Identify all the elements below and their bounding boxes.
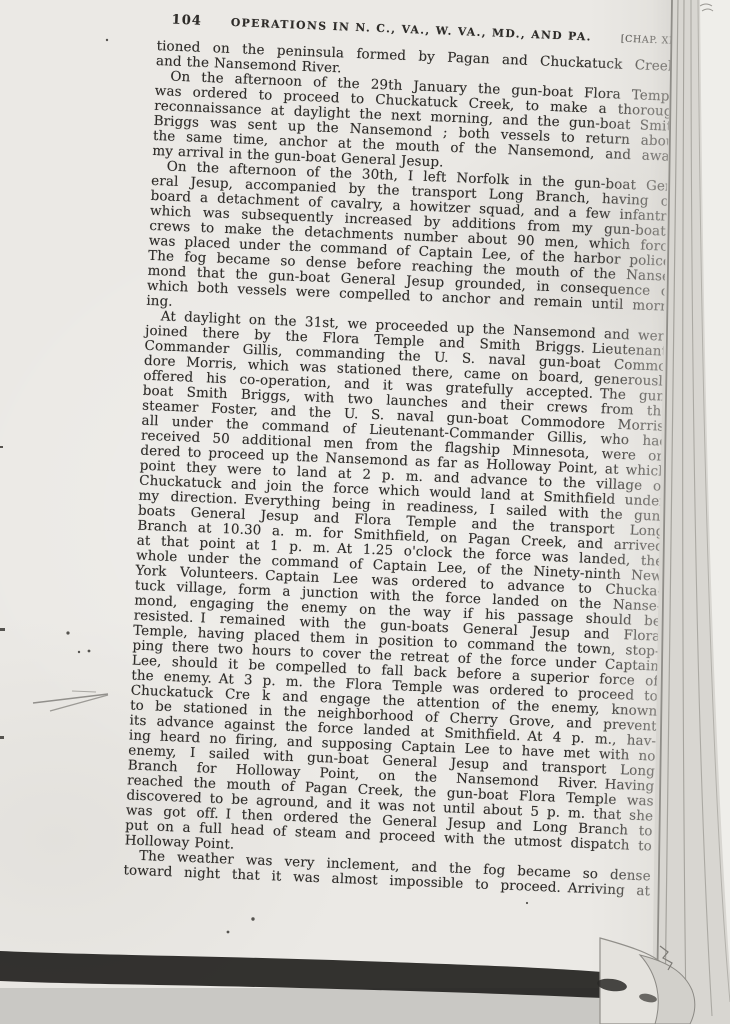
chapter-reference: [CHAP. XLV [621,32,683,50]
scanned-book-page: 104 OPERATIONS IN N. C., VA., W. VA., MD… [0,0,730,1024]
page-number: 104 [171,13,202,30]
page-body-text: tioned on the peninsula formed by Pagan … [123,39,683,899]
printed-text-block: 104 OPERATIONS IN N. C., VA., W. VA., MD… [123,12,684,899]
fore-edge-line [698,0,730,1002]
pencil-squiggle-mark [700,4,713,11]
